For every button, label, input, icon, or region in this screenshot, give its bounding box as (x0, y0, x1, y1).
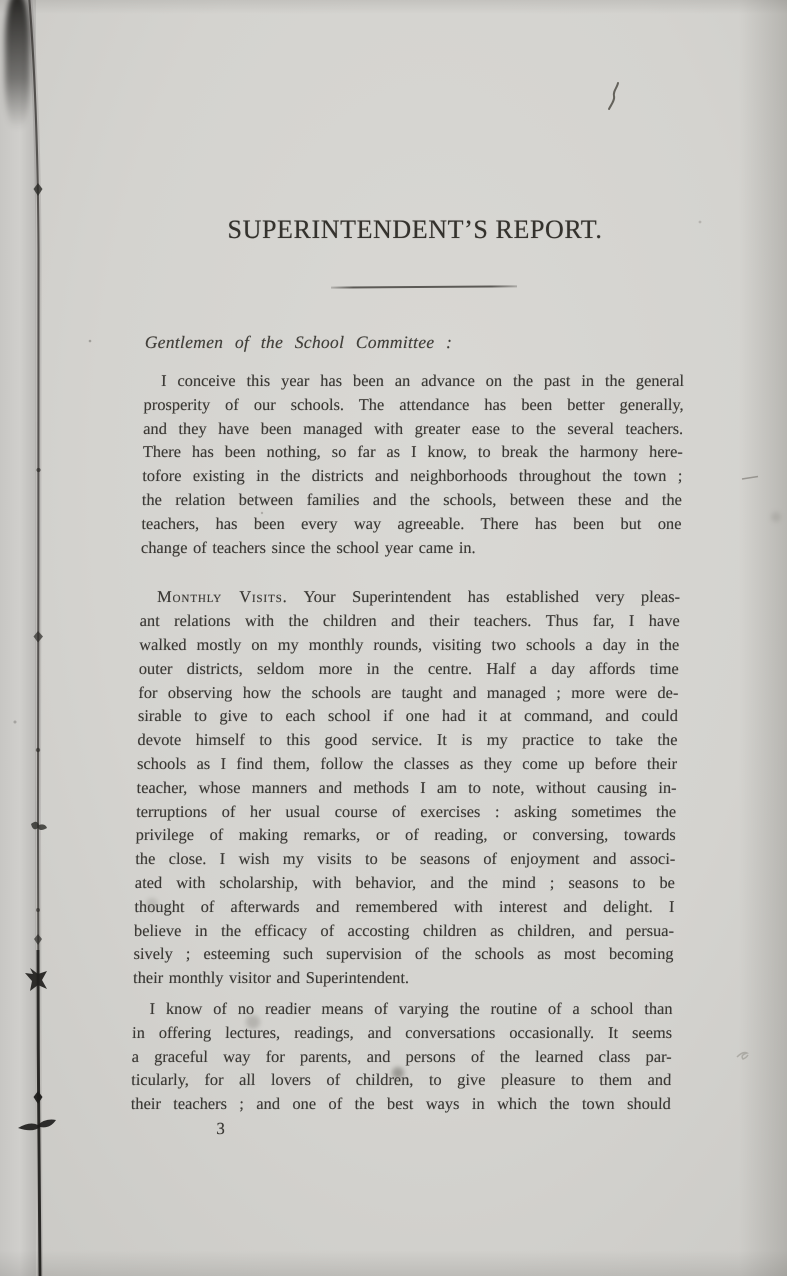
text-line: the close. I wish my visits to be season… (135, 847, 675, 871)
report-title: SUPERINTENDENT’S REPORT. (145, 215, 685, 245)
text-line: devote himself to this good service. It … (137, 728, 677, 752)
text-line: in offering lectures, readings, and conv… (132, 1021, 672, 1045)
text-line: teachers, has been every way agreeable. … (141, 512, 681, 536)
text-line: walked mostly on my monthly rounds, visi… (139, 633, 679, 657)
text-line: tofore existing in the districts and nei… (142, 464, 682, 488)
text-line: sirable to give to each school if one ha… (138, 704, 678, 728)
text-line: prosperity of our schools. The attendanc… (143, 393, 683, 417)
text-line: thought of afterwards and remembered wit… (134, 895, 674, 919)
top-edge-shading (0, 0, 787, 14)
text-line: I conceive this year has been an advance… (144, 369, 684, 393)
scanned-book-page: SUPERINTENDENT’S REPORT. Gentlemen of th… (0, 0, 787, 1276)
text-line: the relation between families and the sc… (142, 488, 682, 512)
right-edge-shading (739, 0, 787, 1276)
salutation-line: Gentlemen of the School Committee : (145, 331, 685, 353)
text-line: for observing how the schools are taught… (138, 681, 678, 705)
text-line: their teachers ; and one of the best way… (131, 1092, 671, 1116)
text-line: ant relations with the children and thei… (139, 609, 679, 633)
text-line: ticularly, for all lovers of children, t… (131, 1068, 671, 1092)
text-line: schools as I find them, follow the class… (137, 752, 677, 776)
page-number: 3 (216, 1117, 670, 1141)
binding-gutter-shading (0, 0, 36, 1276)
text-line: ated with scholarship, with behavior, an… (135, 871, 675, 895)
title-divider-rule (331, 285, 517, 288)
text-line: There has been nothing, so far as I know… (143, 440, 683, 464)
text-line: and they have been managed with greater … (143, 417, 683, 441)
report-body: Gentlemen of the School Committee : I co… (130, 331, 685, 1141)
top-left-binding-shadow (5, 0, 30, 129)
pen-mark (609, 83, 618, 109)
text-line: their monthly visitor and Superintendent… (133, 966, 673, 990)
paragraph-1: I conceive this year has been an advance… (141, 369, 684, 559)
text-line: believe in the efficacy of accosting chi… (134, 919, 674, 943)
text-line: sively ; esteeming such supervision of t… (133, 942, 673, 966)
text-line: outer districts, seldom more in the cent… (139, 657, 679, 681)
body-paragraphs: I conceive this year has been an advance… (131, 369, 685, 1116)
text-line: a graceful way for parents, and persons … (131, 1045, 671, 1069)
paragraph-2: Monthly Visits. Your Superintendent has … (133, 585, 680, 990)
text-line: I know of no readier means of varying th… (132, 997, 672, 1021)
text-line: teacher, whose manners and methods I am … (136, 776, 676, 800)
sidehead-small-caps: Monthly Visits. (157, 587, 288, 606)
text-line: change of teachers since the school year… (141, 536, 681, 560)
text-line: privilege of making remarks, or of readi… (136, 823, 676, 847)
paragraph-3: I know of no readier means of varying th… (131, 997, 673, 1116)
bottom-edge-shading (0, 1250, 787, 1276)
text-line: Monthly Visits. Your Superintendent has … (140, 585, 680, 609)
text-line: terruptions of her usual course of exerc… (136, 800, 676, 824)
